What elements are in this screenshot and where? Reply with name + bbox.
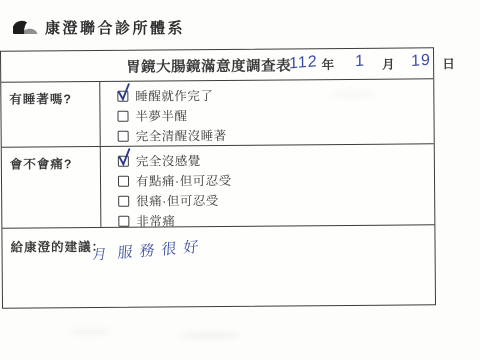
suggestion-label: 給康澄的建議： [10,240,105,255]
handwritten-year: 112 [289,54,318,72]
option-item: 完全清醒沒睡著 [118,123,434,145]
handwritten-checkmark-icon [117,147,133,166]
clinic-logo-icon [13,19,38,36]
checkbox [118,155,129,166]
clinic-brand: 康澄聯合診所體系 [13,17,185,38]
checkbox [118,215,129,226]
question-label: 會不會痛? [10,157,73,171]
question-label: 有睡著嗎? [9,92,72,106]
option-item: 有點痛·但可忍受 [118,168,434,190]
option-label: 完全沒感覺 [136,151,201,170]
option-item: 完全沒感覺 [118,148,434,170]
year-unit-label: 年 [322,55,335,73]
option-label: 睡醒就作完了 [135,86,213,105]
option-label: 完全清醒沒睡著 [136,126,227,145]
suggestion-row: 給康澄的建議： 月服務很好 [2,225,435,302]
clinic-name: 康澄聯合診所體系 [45,17,185,38]
day-unit-label: 日 [442,54,455,72]
option-item: 很痛·但可忍受 [118,188,434,210]
checkbox [118,195,129,206]
option-item: 睡醒就作完了 [117,83,433,105]
option-label: 有點痛·但可忍受 [136,171,232,190]
form-title: 胃鏡大腸鏡滿意度調查表 [126,54,291,76]
checkbox [117,110,128,121]
question-row-sleep: 有睡著嗎? 睡醒就作完了 半夢半醒 完全清醒沒睡著 [1,79,433,147]
checkbox [117,90,128,101]
scan-smudge [180,332,240,339]
handwritten-note: 月服務很好 [92,235,206,265]
scan-smudge [330,90,376,99]
checkbox [118,130,129,141]
question-label-cell: 會不會痛? [2,147,102,228]
options-cell: 睡醒就作完了 半夢半醒 完全清醒沒睡著 [100,79,433,146]
handwritten-note-text: 服務很好 [117,238,206,262]
handwritten-checkmark-icon [116,82,132,101]
scan-smudge [70,327,110,336]
checkbox [118,175,129,186]
handwritten-day: 19 [412,52,432,70]
table-header-row: 胃鏡大腸鏡滿意度調查表 112 年 1 月 19 日 [1,48,433,82]
handwritten-month: 1 [355,53,365,70]
month-unit-label: 月 [382,55,395,73]
option-item: 半夢半醒 [117,103,433,125]
question-row-pain: 會不會痛? 完全沒感覺 有點痛·但可忍受 很痛·但可 [2,144,435,228]
option-label: 半夢半醒 [135,106,187,124]
question-label-cell: 有睡著嗎? [1,82,100,147]
survey-table: 胃鏡大腸鏡滿意度調查表 112 年 1 月 19 日 有睡著嗎? 睡醒就作 [0,47,436,308]
options-cell: 完全沒感覺 有點痛·但可忍受 很痛·但可忍受 非常痛 [101,144,435,227]
option-label: 很痛·但可忍受 [136,191,219,210]
handwritten-stray-mark: 月 [91,244,115,265]
